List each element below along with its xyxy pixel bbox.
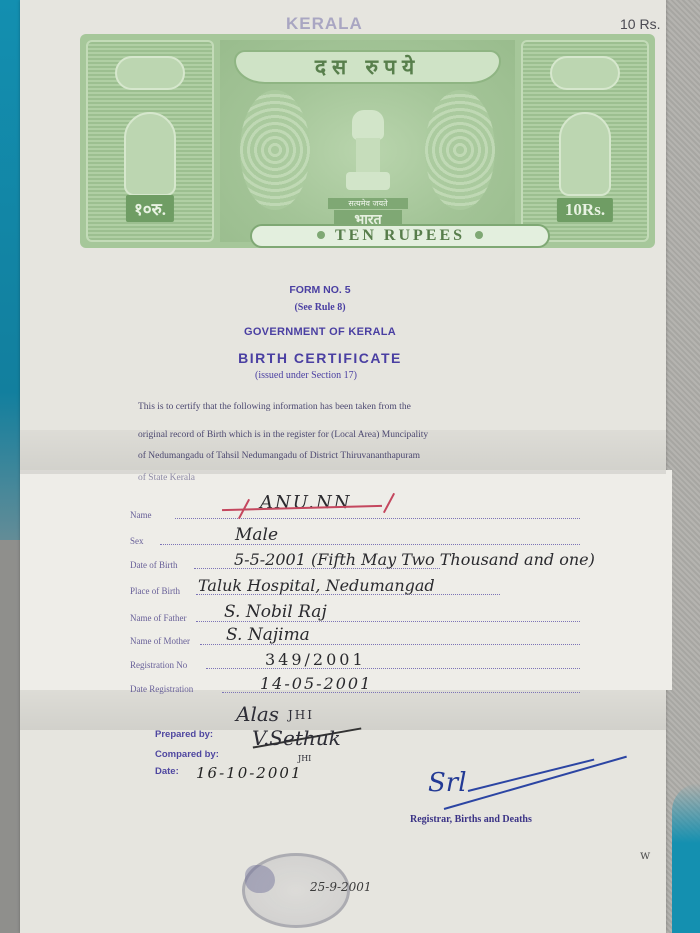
stamp-denomination-english: 10Rs. xyxy=(557,198,613,222)
field-date-of-birth: Date of Birth 5-5-2001 (Fifth May Two Th… xyxy=(130,552,580,572)
dotted-line xyxy=(175,518,580,519)
field-father-name: Name of Father S. Nobil Raj xyxy=(130,605,580,625)
ten-rupees-banner: TEN RUPEES xyxy=(250,224,550,248)
certification-line-3: of Nedumangadu of Tahsil Nedumangadu of … xyxy=(138,451,583,461)
background-fabric-blue-right xyxy=(672,783,700,933)
field-value-pob: Taluk Hospital, Nedumangad xyxy=(198,576,435,595)
prepared-by-signature: Alas xyxy=(236,702,279,726)
emblem-motto: सत्यमेव जयते xyxy=(328,198,408,209)
field-label: Date Registration xyxy=(130,684,193,694)
national-emblem-icon xyxy=(338,110,398,200)
field-value-sex: Male xyxy=(235,525,278,545)
stamp-state-label: KERALA xyxy=(286,14,363,34)
field-label: Name xyxy=(130,510,152,520)
margin-mark: w xyxy=(640,848,650,862)
prepared-initials: JHI xyxy=(288,708,314,722)
floral-ornament-icon xyxy=(425,90,495,210)
certification-line-2: original record of Birth which is in the… xyxy=(138,430,583,440)
field-value-reg-no: 349/2001 xyxy=(265,650,366,669)
compared-by-signature: V.Sethuk xyxy=(252,726,341,750)
fold-crease xyxy=(20,690,666,730)
field-place-of-birth: Place of Birth Taluk Hospital, Nedumanga… xyxy=(130,578,580,598)
compared-initials: JHI xyxy=(298,754,311,763)
stamp-denomination-hindi: १०रु. xyxy=(126,195,174,222)
rule-reference: (See Rule 8) xyxy=(170,302,470,313)
stamp-right-panel: 10Rs. xyxy=(521,40,649,242)
ornament-icon xyxy=(115,56,185,90)
dot-ornament-icon xyxy=(317,231,325,239)
field-label: Place of Birth xyxy=(130,586,180,596)
signature-stroke xyxy=(444,756,627,810)
certification-line-1: This is to certify that the following in… xyxy=(138,402,583,412)
floral-ornament-icon xyxy=(124,112,176,196)
field-label: Date of Birth xyxy=(130,560,178,570)
form-number: FORM NO. 5 xyxy=(170,284,470,296)
ten-rupees-label: TEN RUPEES xyxy=(335,227,465,244)
floral-ornament-icon xyxy=(240,90,310,210)
dot-ornament-icon xyxy=(475,231,483,239)
stamp-header: KERALA 10 Rs. xyxy=(20,8,666,32)
revenue-stamp: १०रु. दस रुपये सत्यमेव जयते भारत INDIA 1… xyxy=(80,34,655,248)
registrar-signature: Srl xyxy=(428,768,467,798)
date-label: Date: xyxy=(155,766,179,777)
field-registration-date: Date Registration 14-05-2001 xyxy=(130,676,580,696)
floral-ornament-icon xyxy=(559,112,611,196)
certificate-title: BIRTH CERTIFICATE xyxy=(170,350,470,366)
field-mother-name: Name of Mother S. Najima xyxy=(130,628,580,648)
ink-blot xyxy=(245,865,275,893)
issued-under: (issued under Section 17) xyxy=(156,370,456,381)
background-fabric-grey xyxy=(0,540,22,933)
ornament-icon xyxy=(550,56,620,90)
dotted-line xyxy=(160,544,580,545)
signature-stroke xyxy=(468,759,595,792)
hindi-banner: दस रुपये xyxy=(234,50,501,84)
field-value-dob: 5-5-2001 (Fifth May Two Thousand and one… xyxy=(234,550,595,569)
field-label: Registration No xyxy=(130,660,187,670)
seal-date: 25-9-2001 xyxy=(310,880,372,894)
issue-date: 16-10-2001 xyxy=(196,764,302,782)
stamp-left-panel: १०रु. xyxy=(86,40,214,242)
field-value-name: ANU.NN xyxy=(260,492,352,513)
field-label: Sex xyxy=(130,536,144,546)
stamp-center: दस रुपये सत्यमेव जयते भारत INDIA xyxy=(220,40,515,242)
government-title: GOVERNMENT OF KERALA xyxy=(170,326,470,338)
stamp-corner-value: 10 Rs. xyxy=(620,16,660,32)
field-value-father: S. Nobil Raj xyxy=(224,602,327,622)
background-fabric-blue xyxy=(0,0,22,560)
field-value-mother: S. Najima xyxy=(226,625,310,645)
registrar-title: Registrar, Births and Deaths xyxy=(410,814,532,825)
field-label: Name of Father xyxy=(130,613,186,623)
field-label: Name of Mother xyxy=(130,636,190,646)
field-value-reg-date: 14-05-2001 xyxy=(260,674,372,693)
field-sex: Sex Male xyxy=(130,528,580,548)
prepared-by-label: Prepared by: xyxy=(155,729,213,740)
certification-line-4: of State Kerala xyxy=(138,473,583,483)
dotted-line xyxy=(206,668,580,669)
field-registration-number: Registration No 349/2001 xyxy=(130,652,580,672)
compared-by-label: Compared by: xyxy=(155,749,219,760)
certificate-paper: KERALA 10 Rs. १०रु. दस रुपये सत्यमेव जयत… xyxy=(20,0,666,933)
